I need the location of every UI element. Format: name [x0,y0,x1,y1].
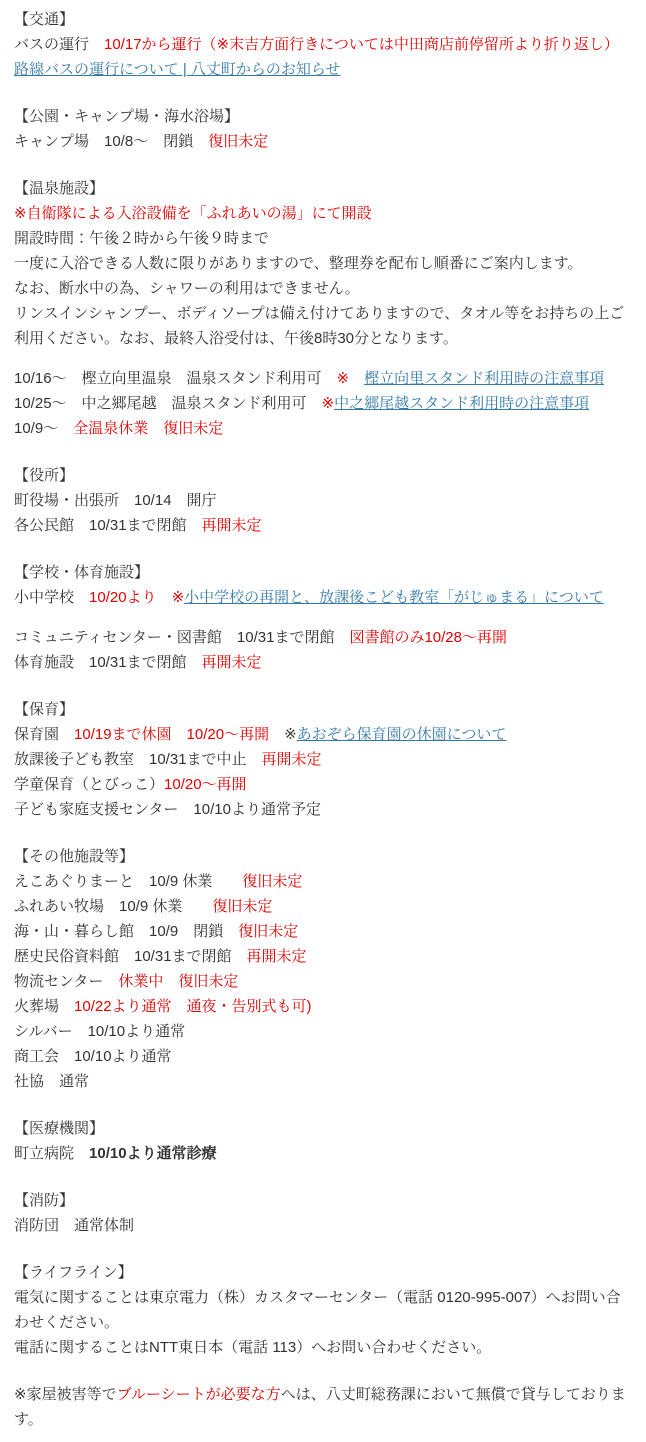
text-segment: 10/20より [89,589,157,606]
text-segment [157,589,172,606]
text-line: 物流センター 休業中 復旧未定 [14,969,632,994]
text-line: 電話に関することはNTT東日本（電話 113）へお問い合わせください。 [14,1335,632,1360]
line-group: 消防団 通常体制 [14,1213,632,1238]
text-segment: 復旧未定 [242,873,302,890]
text-segment: 一度に入浴できる人数に限りがありますので、整理券を配布し順番にご案内します。 [14,255,583,272]
text-segment: シルバー 10/10より通常 [14,1023,185,1040]
text-segment: 休業中 復旧未定 [118,973,238,990]
section-sonota-shisetsu: 【その他施設等】えこあぐりまーと 10/9 休業 復旧未定ふれあい牧場 10/9… [14,844,632,1094]
text-segment: 10/16～ 樫立向里温泉 温泉スタンド利用可 [14,370,337,387]
section-title: 【その他施設等】 [14,844,632,869]
text-line: 歴史民俗資料館 10/31まで閉館 再開未定 [14,944,632,969]
text-line: 開設時間：午後２時から午後９時まで [14,226,632,251]
text-segment: 子ども家庭支援センター 10/10より通常予定 [14,801,321,818]
nakanogo-okoshi-stand-notes-link[interactable]: 中之郷尾越スタンド利用時の注意事項 [334,395,589,412]
text-segment: 再開未定 [202,654,262,671]
text-line: 社協 通常 [14,1069,632,1094]
section-title: 【消防】 [14,1188,632,1213]
text-line: コミュニティセンター・図書館 10/31まで閉館 図書館のみ10/28～再開 [14,625,632,650]
text-segment: 各公民館 10/31まで閉館 [14,517,202,534]
text-line: 火葬場 10/22より通常 通夜・告別式も可) [14,994,632,1019]
text-segment: 10/20～再開 [164,776,247,793]
aozora-nursery-closure-link[interactable]: あおぞら保育園の休園について [297,726,507,743]
text-line: 電気に関することは東京電力（株）カスタマーセンター（電話 0120-995-00… [14,1285,632,1335]
text-segment: 保育園 [14,726,74,743]
line-group: 保育園 10/19まで休園 10/20～再開 ※あおぞら保育園の休園について放課… [14,722,632,822]
text-line: ふれあい牧場 10/9 休業 復旧未定 [14,894,632,919]
line-group: コミュニティセンター・図書館 10/31まで閉館 図書館のみ10/28～再開体育… [14,625,632,675]
text-segment: 海・山・暮らし館 10/9 閉鎖 [14,923,238,940]
section-lifeline: 【ライフライン】電気に関することは東京電力（株）カスタマーセンター（電話 012… [14,1260,632,1360]
text-segment: 学童保育（とびっこ） [14,776,164,793]
text-segment: ※自衛隊による入浴設備を「ふれあいの湯」にて開設 [14,205,372,222]
text-line: 商工会 10/10より通常 [14,1044,632,1069]
text-segment: ※ [337,370,365,387]
text-line: 10/9～ 全温泉休業 復旧未定 [14,416,632,441]
text-segment: 放課後子ども教室 10/31まで中止 [14,751,262,768]
text-segment: 火葬場 [14,998,74,1015]
text-segment: 10/10より通常診療 [89,1145,217,1162]
text-line: 10/16～ 樫立向里温泉 温泉スタンド利用可 ※ 樫立向里スタンド利用時の注意… [14,366,632,391]
text-segment: ※ [269,726,297,743]
line-group: えこあぐりまーと 10/9 休業 復旧未定ふれあい牧場 10/9 休業 復旧未定… [14,869,632,1094]
text-segment: 電気に関することは東京電力（株）カスタマーセンター（電話 0120-995-00… [14,1289,621,1331]
text-line: シルバー 10/10より通常 [14,1019,632,1044]
bus-operation-link[interactable]: 路線バスの運行について | 八丈町からのお知らせ [14,61,340,78]
text-segment: 全温泉休業 復旧未定 [73,420,223,437]
text-segment: 10/9～ [14,420,73,437]
line-group: ※自衛隊による入浴設備を「ふれあいの湯」にて開設開設時間：午後２時から午後９時ま… [14,201,632,351]
text-segment: 商工会 10/10より通常 [14,1048,172,1065]
line-group: 10/16～ 樫立向里温泉 温泉スタンド利用可 ※ 樫立向里スタンド利用時の注意… [14,366,632,441]
text-line: なお、断水中の為、シャワーの利用はできません。 [14,276,632,301]
text-line: 学童保育（とびっこ）10/20～再開 [14,772,632,797]
section-title: 【温泉施設】 [14,176,632,201]
text-line: 各公民館 10/31まで閉館 再開未定 [14,513,632,538]
text-segment: 体育施設 10/31まで閉館 [14,654,202,671]
line-group: 電気に関することは東京電力（株）カスタマーセンター（電話 0120-995-00… [14,1285,632,1360]
text-line: 子ども家庭支援センター 10/10より通常予定 [14,797,632,822]
line-group: 町立病院 10/10より通常診療 [14,1141,632,1166]
text-segment: 開設時間：午後２時から午後９時まで [14,230,269,247]
line-group: キャンプ場 10/8～ 閉鎖 復旧未定 [14,129,632,154]
text-segment: バスの運行 [14,36,104,53]
section-title: 【保育】 [14,697,632,722]
text-segment: 図書館のみ10/28～再開 [349,629,507,646]
text-line: 10/25～ 中之郷尾越 温泉スタンド利用可 ※中之郷尾越スタンド利用時の注意事… [14,391,632,416]
text-segment: 歴史民俗資料館 10/31まで閉館 [14,948,247,965]
text-segment: 復旧未定 [212,898,272,915]
text-line: 放課後子ども教室 10/31まで中止 再開未定 [14,747,632,772]
line-group: バスの運行 10/17から運行（※末吉方面行きについては中田商店前停留所より折り… [14,32,632,82]
text-segment: 復旧未定 [238,923,298,940]
text-segment: 社協 通常 [14,1073,89,1090]
disaster-status-report: 【交通】バスの運行 10/17から運行（※末吉方面行きについては中田商店前停留所… [0,0,646,1442]
kashitate-mukaizato-stand-notes-link[interactable]: 樫立向里スタンド利用時の注意事項 [364,370,604,387]
text-segment: なお、断水中の為、シャワーの利用はできません。 [14,280,360,297]
text-line: 体育施設 10/31まで閉館 再開未定 [14,650,632,675]
text-line: ※自衛隊による入浴設備を「ふれあいの湯」にて開設 [14,201,632,226]
section-kotsu: 【交通】バスの運行 10/17から運行（※末吉方面行きについては中田商店前停留所… [14,7,632,82]
line-group: ※家屋被害等でブルーシートが必要な方へは、八丈町総務課において無償で貸与しており… [14,1382,632,1432]
section-hoiku: 【保育】保育園 10/19まで休園 10/20～再開 ※あおぞら保育園の休園につ… [14,697,632,822]
text-line: 海・山・暮らし館 10/9 閉鎖 復旧未定 [14,919,632,944]
section-title: 【ライフライン】 [14,1260,632,1285]
text-segment: 電話に関することはNTT東日本（電話 113）へお問い合わせください。 [14,1339,491,1356]
text-line: 町役場・出張所 10/14 開庁 [14,488,632,513]
text-segment: 町役場・出張所 10/14 開庁 [14,492,217,509]
line-group: 小中学校 10/20より ※小中学校の再開と、放課後こども教室「がじゅまる」につ… [14,585,632,610]
text-segment: えこあぐりまーと 10/9 休業 [14,873,242,890]
text-segment: ふれあい牧場 10/9 休業 [14,898,212,915]
school-reopening-link[interactable]: 小中学校の再開と、放課後こども教室「がじゅまる」について [184,589,604,606]
text-line: リンスインシャンプー、ボディソープは備え付けてありますので、タオル等をお持ちの上… [14,301,632,351]
text-line: 町立病院 10/10より通常診療 [14,1141,632,1166]
section-yakusho: 【役所】町役場・出張所 10/14 開庁各公民館 10/31まで閉館 再開未定 [14,463,632,538]
text-line: 一度に入浴できる人数に限りがありますので、整理券を配布し順番にご案内します。 [14,251,632,276]
section-koen-camp-kaisuiyokujo: 【公園・キャンプ場・海水浴場】キャンプ場 10/8～ 閉鎖 復旧未定 [14,104,632,154]
line-group: 町役場・出張所 10/14 開庁各公民館 10/31まで閉館 再開未定 [14,488,632,538]
text-segment: 小中学校 [14,589,89,606]
text-line: 保育園 10/19まで休園 10/20～再開 ※あおぞら保育園の休園について [14,722,632,747]
text-segment: 復旧未定 [208,133,268,150]
text-segment: 消防団 通常体制 [14,1217,134,1234]
text-segment: 再開未定 [262,751,322,768]
text-segment: ※家屋被害等で [14,1386,117,1403]
text-segment: 10/25～ 中之郷尾越 温泉スタンド利用可 [14,395,322,412]
section-title: 【交通】 [14,7,632,32]
text-line: ※家屋被害等でブルーシートが必要な方へは、八丈町総務課において無償で貸与しており… [14,1382,632,1432]
section-bluesheet-notice: ※家屋被害等でブルーシートが必要な方へは、八丈町総務課において無償で貸与しており… [14,1382,632,1432]
text-segment: ※ [322,395,335,412]
text-segment: 町立病院 [14,1145,89,1162]
text-segment: 10/17から運行（※末吉方面行きについては中田商店前停留所より折り返し） [104,36,619,53]
text-segment: コミュニティセンター・図書館 10/31まで閉館 [14,629,349,646]
section-title: 【学校・体育施設】 [14,560,632,585]
text-segment: 10/22より通常 通夜・告別式も可) [74,998,312,1015]
text-segment: 10/19まで休園 10/20～再開 [74,726,269,743]
text-segment: 再開未定 [247,948,307,965]
section-title: 【役所】 [14,463,632,488]
section-shobo: 【消防】消防団 通常体制 [14,1188,632,1238]
text-segment: リンスインシャンプー、ボディソープは備え付けてありますので、タオル等をお持ちの上… [14,305,624,347]
text-segment: 再開未定 [202,517,262,534]
section-title: 【公園・キャンプ場・海水浴場】 [14,104,632,129]
text-line: 小中学校 10/20より ※小中学校の再開と、放課後こども教室「がじゅまる」につ… [14,585,632,610]
section-title: 【医療機関】 [14,1116,632,1141]
text-line: キャンプ場 10/8～ 閉鎖 復旧未定 [14,129,632,154]
section-gakko-taiiku-shisetsu: 【学校・体育施設】小中学校 10/20より ※小中学校の再開と、放課後こども教室… [14,560,632,675]
text-line: 消防団 通常体制 [14,1213,632,1238]
text-segment: 物流センター [14,973,118,990]
text-segment: ※ [172,589,185,606]
text-line: えこあぐりまーと 10/9 休業 復旧未定 [14,869,632,894]
text-segment: ブルーシートが必要な方 [117,1386,281,1403]
text-segment: キャンプ場 10/8～ 閉鎖 [14,133,208,150]
section-onsen-shisetsu: 【温泉施設】※自衛隊による入浴設備を「ふれあいの湯」にて開設開設時間：午後２時か… [14,176,632,441]
text-line: 路線バスの運行について | 八丈町からのお知らせ [14,57,632,82]
section-iryo-kikan: 【医療機関】町立病院 10/10より通常診療 [14,1116,632,1166]
text-line: バスの運行 10/17から運行（※末吉方面行きについては中田商店前停留所より折り… [14,32,632,57]
